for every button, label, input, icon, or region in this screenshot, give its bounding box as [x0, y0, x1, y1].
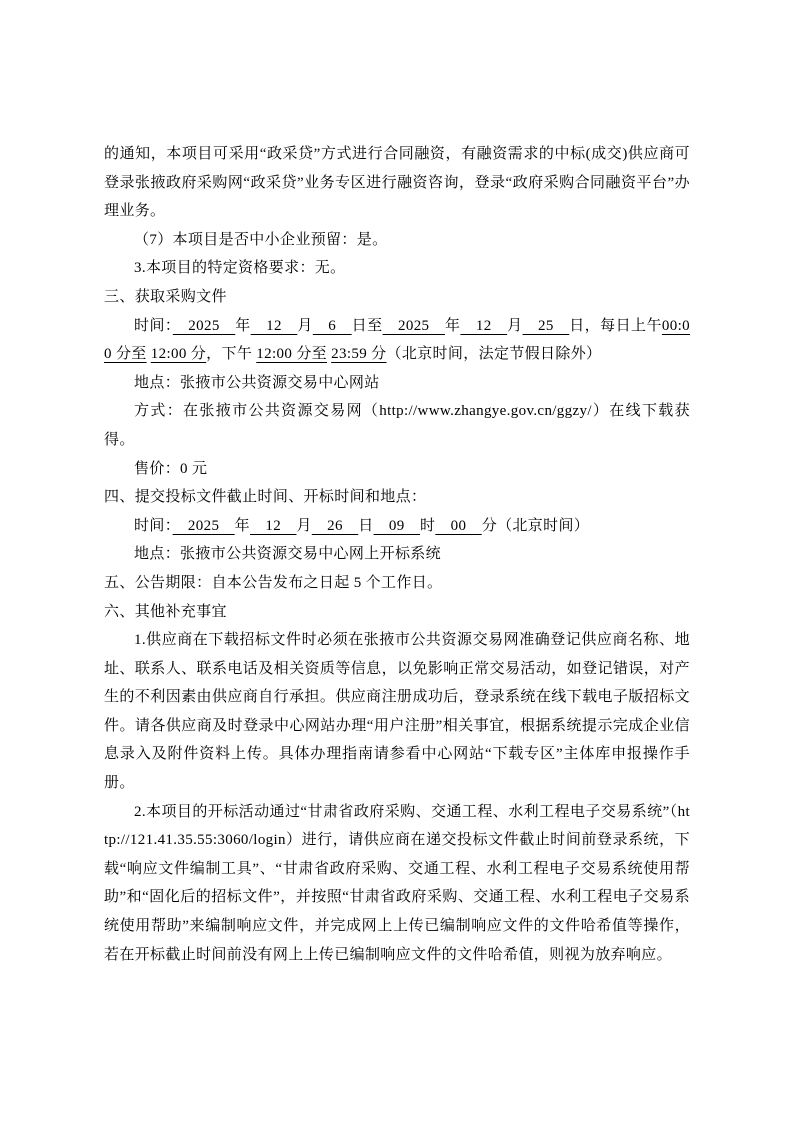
- text-segment: 月: [297, 318, 312, 334]
- blank-underline: 12:00 分至: [256, 346, 327, 362]
- text-segment: 年: [235, 318, 250, 334]
- para-doc-time: 时间： 2025 年 12 月 6 日至 2025 年 12 月 25 日，每日…: [104, 312, 690, 369]
- heading-section-4: 四、提交投标文件截止时间、开标时间和地点：: [104, 483, 690, 512]
- text-segment: 的通知，本项目可采用“政采贷”方式进行合同融资，有融资需求的中标(成交)供应商可…: [104, 146, 690, 219]
- blank-underline: 25: [523, 318, 570, 334]
- text-segment: 时间：: [134, 318, 173, 334]
- text-segment: 三、获取采购文件: [104, 289, 227, 305]
- blank-underline: 2025: [173, 518, 235, 534]
- blank-underline: 26: [312, 518, 358, 534]
- heading-section-3: 三、获取采购文件: [104, 283, 690, 312]
- blank-underline: 2025: [383, 318, 445, 334]
- para-specific-qualification: 3.本项目的特定资格要求：无。: [104, 254, 690, 283]
- text-segment: 日，每日上午: [569, 318, 662, 334]
- text-segment: 四、提交投标文件截止时间、开标时间和地点：: [104, 489, 426, 505]
- blank-underline: 12:00 分: [151, 346, 206, 362]
- text-segment: 分（北京时间）: [482, 518, 589, 534]
- text-segment: 年: [235, 518, 250, 534]
- text-segment: 月: [507, 318, 522, 334]
- document-page: 的通知，本项目可采用“政采贷”方式进行合同融资，有融资需求的中标(成交)供应商可…: [0, 0, 793, 1122]
- para-bid-deadline: 时间： 2025 年 12 月 26 日 09 时 00 分（北京时间）: [104, 512, 690, 541]
- blank-underline: 6: [313, 318, 352, 334]
- text-segment: 1.供应商在下载招标文件时必须在张掖市公共资源交易网准确登记供应商名称、地址、联…: [104, 632, 690, 791]
- document-body: 的通知，本项目可采用“政采贷”方式进行合同融资，有融资需求的中标(成交)供应商可…: [104, 140, 690, 969]
- para-doc-location: 地点：张掖市公共资源交易中心网站: [104, 369, 690, 398]
- text-segment: 月: [296, 518, 311, 534]
- text-segment: 地点：张掖市公共资源交易中心网站: [134, 375, 380, 391]
- text-segment: 3.本项目的特定资格要求：无。: [134, 260, 346, 276]
- heading-section-6: 六、其他补充事宜: [104, 598, 690, 627]
- text-segment: 时间：: [134, 518, 173, 534]
- blank-underline: 12: [460, 318, 507, 334]
- para-doc-method: 方式：在张掖市公共资源交易网（http://www.zhangye.gov.cn…: [104, 397, 690, 454]
- blank-underline: 00: [435, 518, 481, 534]
- para-bid-location: 地点：张掖市公共资源交易中心网上开标系统: [104, 540, 690, 569]
- text-segment: 五、公告期限：自本公告发布之日起 5 个工作日。: [104, 575, 442, 591]
- para-doc-price: 售价：0 元: [104, 455, 690, 484]
- text-segment: 售价：0 元: [134, 461, 207, 477]
- text-segment: 方式：在张掖市公共资源交易网（http://www.zhangye.gov.cn…: [104, 403, 690, 448]
- blank-underline: 09: [374, 518, 420, 534]
- text-segment: 2.本项目的开标活动通过“甘肃省政府采购、交通工程、水利工程电子交易系统”（ht…: [104, 804, 690, 963]
- text-segment: ，下午: [206, 346, 256, 362]
- heading-section-5: 五、公告期限：自本公告发布之日起 5 个工作日。: [104, 569, 690, 598]
- text-segment: （北京时间，法定节假日除外）: [387, 346, 602, 362]
- text-segment: 地点：张掖市公共资源交易中心网上开标系统: [134, 546, 441, 562]
- blank-underline: 2025: [173, 318, 235, 334]
- text-segment: 时: [420, 518, 435, 534]
- text-segment: 日至: [352, 318, 383, 334]
- blank-underline: 12: [251, 318, 298, 334]
- para-supplement-1: 1.供应商在下载招标文件时必须在张掖市公共资源交易网准确登记供应商名称、地址、联…: [104, 626, 690, 798]
- para-funding-notice: 的通知，本项目可采用“政采贷”方式进行合同融资，有融资需求的中标(成交)供应商可…: [104, 140, 690, 226]
- text-segment: 六、其他补充事宜: [104, 604, 227, 620]
- para-sme-reserved: （7）本项目是否中小企业预留：是。: [104, 226, 690, 255]
- text-segment: （7）本项目是否中小企业预留：是。: [134, 232, 387, 248]
- blank-underline: 23:59 分: [331, 346, 386, 362]
- blank-underline: 12: [250, 518, 296, 534]
- text-segment: 年: [445, 318, 460, 334]
- para-supplement-2: 2.本项目的开标活动通过“甘肃省政府采购、交通工程、水利工程电子交易系统”（ht…: [104, 798, 690, 970]
- text-segment: 日: [358, 518, 373, 534]
